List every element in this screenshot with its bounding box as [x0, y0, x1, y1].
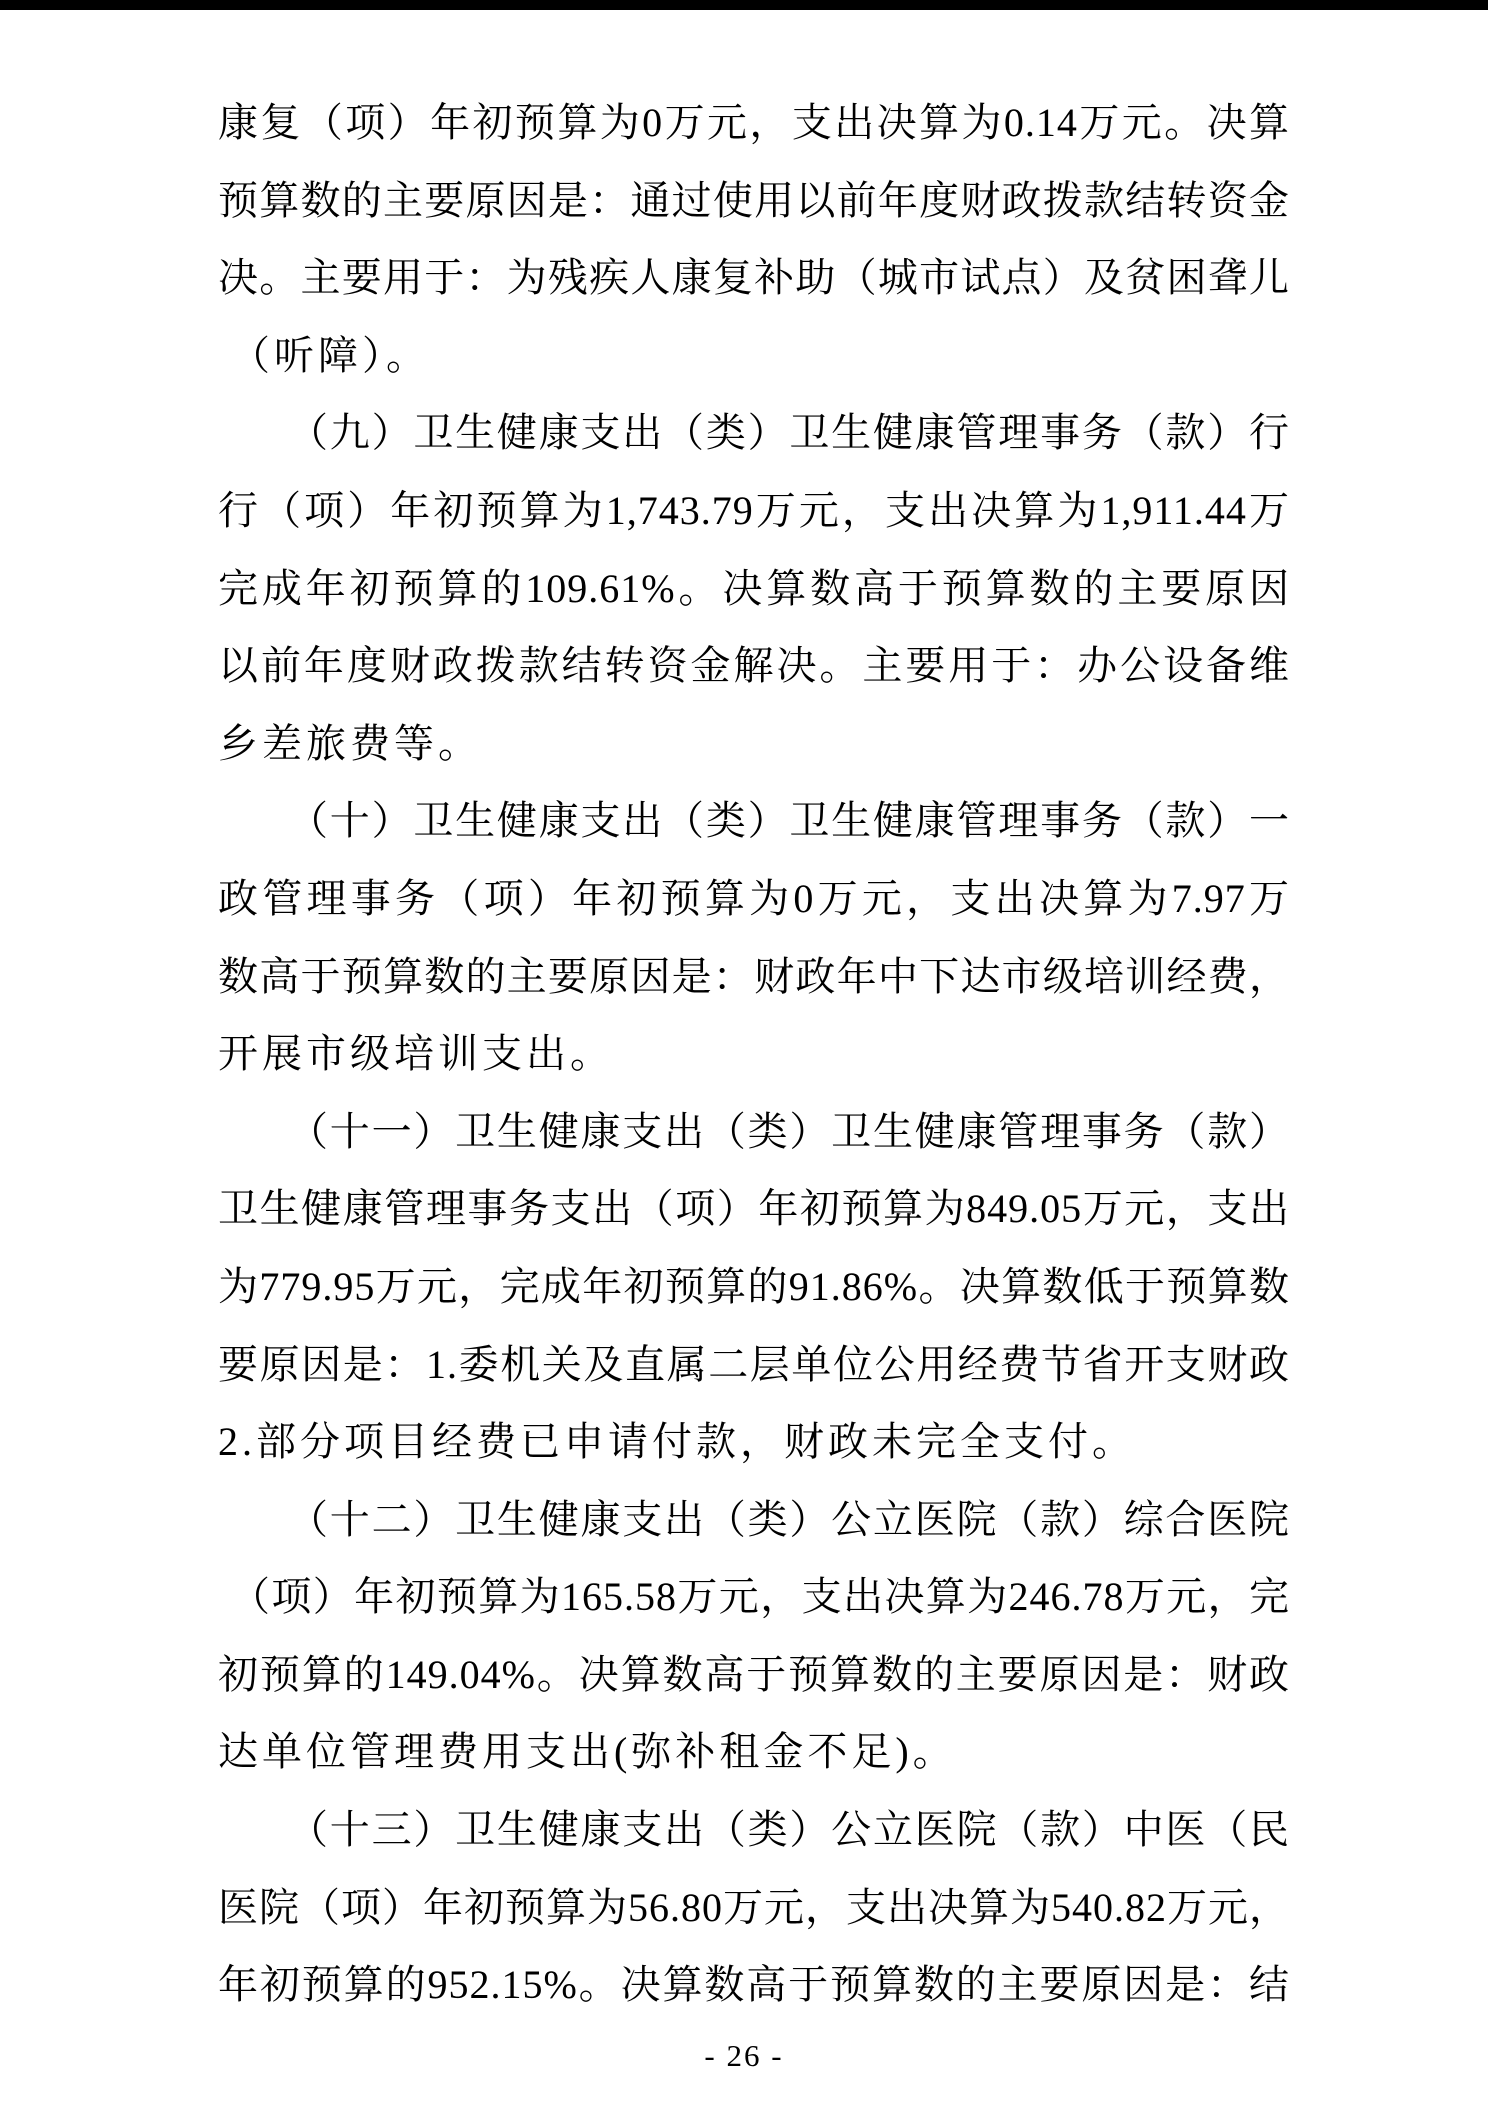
text-line: 医院（项）年初预算为56.80万元，支出决算为540.82万元，完成 [218, 1869, 1290, 1947]
text-line: 完成年初预算的109.61%。决算数高于预算数的主要原因是：使用 [218, 550, 1290, 628]
text-line: 行（项）年初预算为1,743.79万元，支出决算为1,911.44万元， [218, 472, 1290, 550]
text-line: （十）卫生健康支出（类）卫生健康管理事务（款）一般行 [218, 782, 1290, 860]
text-line: 达单位管理费用支出(弥补租金不足)。 [218, 1713, 1290, 1791]
text-line: 开展市级培训支出。 [218, 1015, 1290, 1093]
text-line: 2.部分项目经费已申请付款，财政未完全支付。 [218, 1403, 1290, 1481]
text-line: （十一）卫生健康支出（类）卫生健康管理事务（款）其他 [218, 1093, 1290, 1171]
text-line: 政管理事务（项）年初预算为0万元，支出决算为7.97万元。决算 [218, 860, 1290, 938]
text-line: 卫生健康管理事务支出（项）年初预算为849.05万元，支出决算 [218, 1170, 1290, 1248]
text-line: （十三）卫生健康支出（类）公立医院（款）中医（民族） [218, 1791, 1290, 1869]
text-line: （项）年初预算为165.58万元，支出决算为246.78万元，完成年 [218, 1558, 1290, 1636]
text-line: 要原因是：1.委机关及直属二层单位公用经费节省开支财政收回; [218, 1326, 1290, 1404]
text-line: （九）卫生健康支出（类）卫生健康管理事务（款）行政运 [218, 394, 1290, 472]
text-line: 年初预算的952.15%。决算数高于预算数的主要原因是：结转上年 [218, 1946, 1290, 2024]
text-line: 数高于预算数的主要原因是：财政年中下达市级培训经费，用于 [218, 938, 1290, 1016]
text-line: 初预算的149.04%。决算数高于预算数的主要原因是：财政年中下 [218, 1636, 1290, 1714]
page-number-footer: - 26 - [0, 2036, 1488, 2076]
text-line: 为779.95万元，完成年初预算的91.86%。决算数低于预算数的主 [218, 1248, 1290, 1326]
text-line: （听障）。 [218, 317, 1290, 395]
text-line: 以前年度财政拨款结转资金解决。主要用于：办公设备维护、下 [218, 627, 1290, 705]
text-line: 预算数的主要原因是：通过使用以前年度财政拨款结转资金解 [218, 162, 1290, 240]
scan-edge-artifact [0, 0, 1488, 10]
document-page: 康复（项）年初预算为0万元，支出决算为0.14万元。决算数高于 预算数的主要原因… [0, 0, 1488, 2104]
text-line: 康复（项）年初预算为0万元，支出决算为0.14万元。决算数高于 [218, 84, 1290, 162]
text-line: 乡差旅费等。 [218, 705, 1290, 783]
document-body: 康复（项）年初预算为0万元，支出决算为0.14万元。决算数高于 预算数的主要原因… [218, 84, 1290, 2024]
text-line: （十二）卫生健康支出（类）公立医院（款）综合医院 [218, 1481, 1290, 1559]
text-line: 决。主要用于：为残疾人康复补助（城市试点）及贫困聋儿项目 [218, 239, 1290, 317]
